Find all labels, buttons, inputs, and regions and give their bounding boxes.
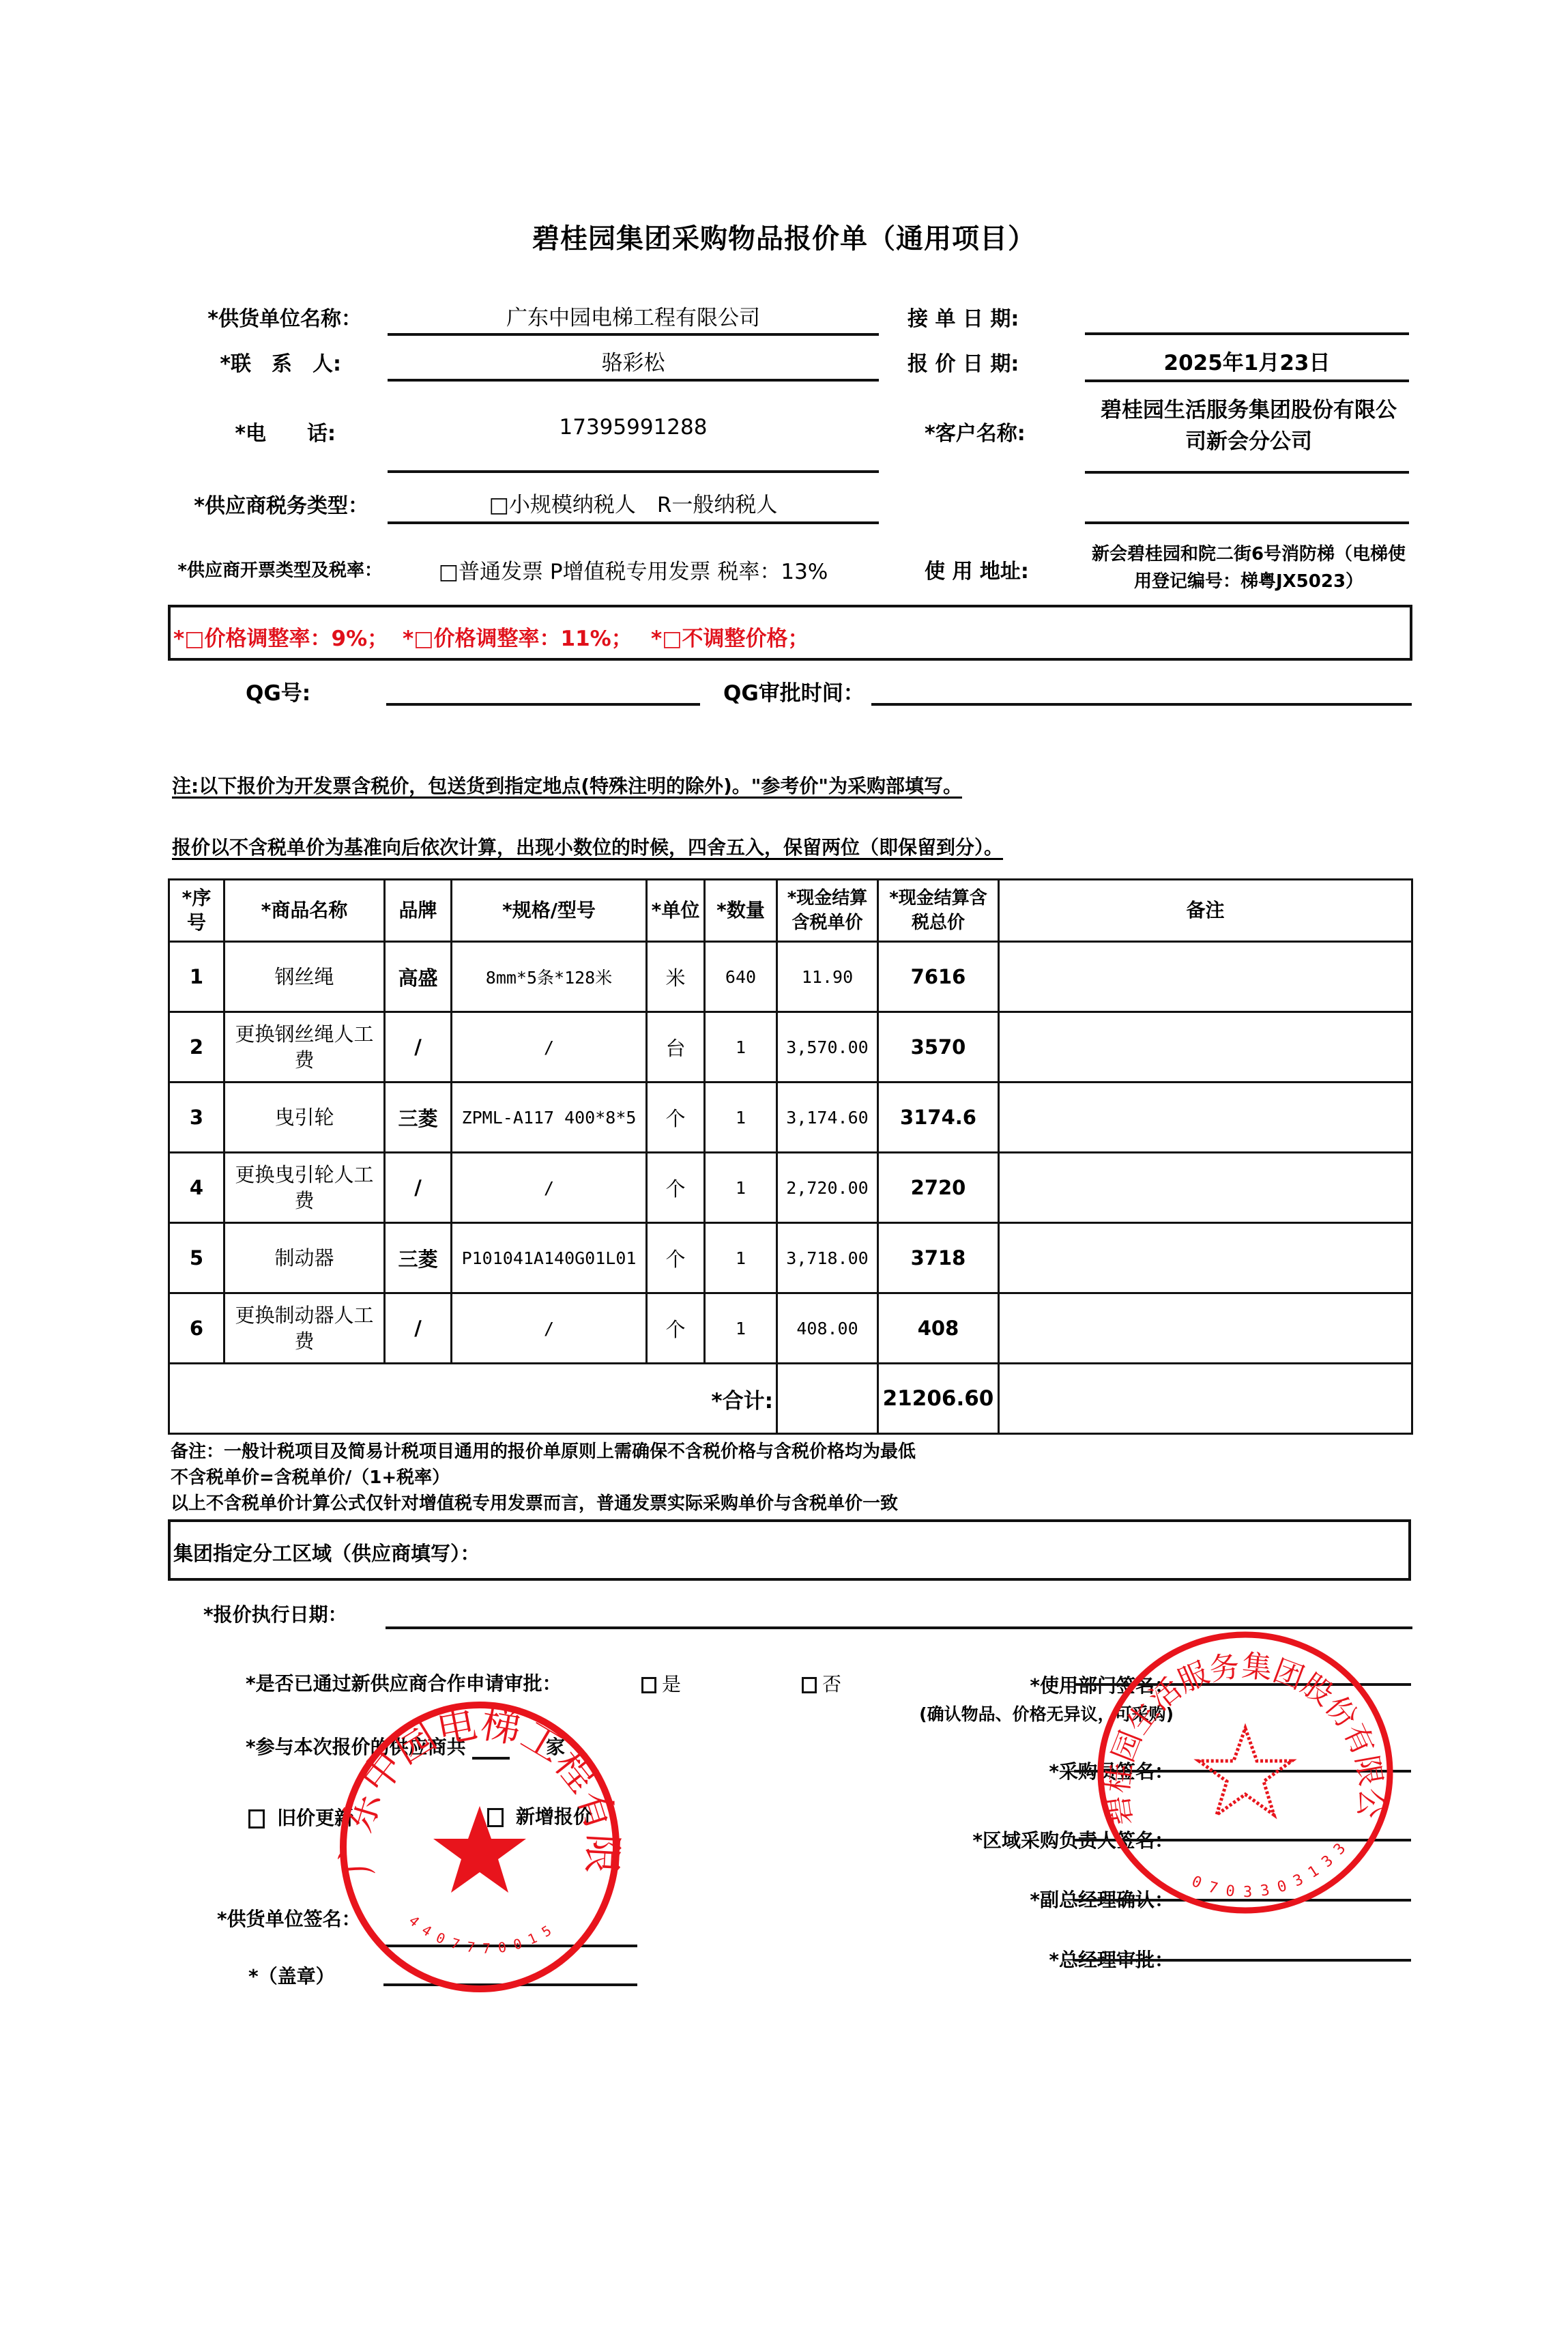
unit-price-cell: 408.00 — [777, 1293, 878, 1364]
supplier-underline — [388, 333, 879, 336]
remark-line-2: 不含税单价=含税单价/（1+税率） — [171, 1465, 916, 1491]
row-no-cell: 3 — [169, 1083, 224, 1153]
remark-cell[interactable] — [999, 1083, 1412, 1153]
total-value: 21206.60 — [878, 1364, 999, 1434]
svg-text:0 7 0 3 3 0 3 1 3 3: 0 7 0 3 3 0 3 1 3 3 — [1189, 1840, 1350, 1901]
gm-approval-line[interactable] — [1074, 1959, 1411, 1962]
unit-cell: 个 — [647, 1223, 705, 1293]
table-total-row: *合计: 21206.60 — [169, 1364, 1412, 1434]
product-name-cell: 更换制动器人工费 — [224, 1293, 385, 1364]
quote-date-label: 报 价 日 期: — [908, 347, 1037, 377]
total-remark-blank — [999, 1364, 1412, 1434]
new-price-checkbox[interactable] — [487, 1808, 504, 1827]
exec-date-label: *报价执行日期： — [203, 1600, 347, 1627]
quantity-cell: 640 — [705, 942, 777, 1012]
approval-yes-option[interactable]: 是 — [641, 1669, 681, 1697]
unit-cell: 个 — [647, 1153, 705, 1223]
qg-time-label: QG审批时间： — [723, 676, 865, 706]
col-header-remark: 备注 — [999, 880, 1412, 942]
brand-cell: 高盛 — [385, 942, 452, 1012]
no-label: 否 — [822, 1673, 841, 1695]
svg-text:碧桂园生活服务集团股份有限公司新会分公司: 碧桂园生活服务集团股份有限公司新会分公司 — [1085, 1626, 1389, 1828]
contact-underline — [388, 379, 879, 382]
blank-underline — [1085, 521, 1409, 524]
product-name-cell: 更换钢丝绳人工费 — [224, 1012, 385, 1083]
receive-date-underline — [1085, 332, 1409, 335]
total-price-cell: 3718 — [878, 1223, 999, 1293]
remarks-block: 备注：一般计税项目及简易计税项目通用的报价单原则上需确保不含税价格与含税价格均为… — [171, 1439, 916, 1517]
buyer-sign-line[interactable] — [1074, 1770, 1411, 1773]
quantity-cell: 1 — [705, 1223, 777, 1293]
col-header-no: *序号 — [169, 880, 224, 942]
product-name-cell: 钢丝绳 — [224, 942, 385, 1012]
contact-label: *联 系 人: — [157, 347, 341, 377]
col-header-qty: *数量 — [705, 880, 777, 942]
address-label: 使 用 地址: — [925, 554, 1041, 584]
row-no-cell: 6 — [169, 1293, 224, 1364]
phone-label: *电 话: — [157, 416, 336, 446]
phone-underline — [388, 470, 879, 473]
invoice-label: *供应商开票类型及税率： — [157, 556, 382, 582]
invoice-value[interactable]: □普通发票 P增值税专用发票 税率：13% — [388, 554, 879, 585]
spec-cell: 8mm*5条*128米 — [452, 942, 647, 1012]
product-name-cell: 更换曳引轮人工费 — [224, 1153, 385, 1223]
spec-cell: P101041A140G01L01 — [452, 1223, 647, 1293]
row-no-cell: 5 — [169, 1223, 224, 1293]
table-row: 3曳引轮三菱ZPML-A117 400*8*5个13,174.603174.6 — [169, 1083, 1412, 1153]
area-input[interactable] — [519, 1529, 1399, 1571]
old-price-label: 旧价更新 — [277, 1807, 353, 1829]
table-row: 1钢丝绳高盛8mm*5条*128米米64011.907616 — [169, 942, 1412, 1012]
remark-cell[interactable] — [999, 1012, 1412, 1083]
quantity-cell: 1 — [705, 1293, 777, 1364]
customer-underline — [1085, 471, 1409, 474]
remark-cell[interactable] — [999, 1153, 1412, 1223]
remark-cell[interactable] — [999, 1293, 1412, 1364]
product-name-cell: 曳引轮 — [224, 1083, 385, 1153]
phone-value[interactable]: 17395991288 — [388, 415, 879, 440]
qg-time-underline — [871, 703, 1412, 706]
remark-cell[interactable] — [999, 1223, 1412, 1293]
spec-cell: ZPML-A117 400*8*5 — [452, 1083, 647, 1153]
spec-cell: / — [452, 1012, 647, 1083]
dept-sign-note: (确认物品、价格无异议，可采购) — [908, 1701, 1174, 1725]
address-value[interactable]: 新会碧桂园和院二街6号消防梯（电梯使用登记编号：梯粤JX5023） — [1085, 541, 1412, 595]
col-header-total: *现金结算含税总价 — [878, 880, 999, 942]
no-price-adjust-option[interactable]: *□不调整价格； — [651, 621, 809, 652]
total-price-cell: 408 — [878, 1293, 999, 1364]
quantity-cell: 1 — [705, 1083, 777, 1153]
unit-price-cell: 3,718.00 — [777, 1223, 878, 1293]
region-sign-line[interactable] — [1074, 1839, 1411, 1841]
brand-cell: 三菱 — [385, 1083, 452, 1153]
total-price-cell: 3174.6 — [878, 1083, 999, 1153]
total-label: *合计: — [169, 1364, 777, 1434]
approval-no-option[interactable]: 否 — [802, 1669, 841, 1697]
brand-cell: / — [385, 1293, 452, 1364]
note-rounding: 报价以不含税单价为基准向后依次计算，出现小数位的时候，四舍五入，保留两位（即保留… — [172, 833, 1003, 860]
new-price-option[interactable]: 新增报价 — [487, 1802, 592, 1829]
supplier-label: *供货单位名称： — [157, 302, 362, 332]
vgm-confirm-line[interactable] — [1074, 1899, 1411, 1902]
participants-count-input[interactable] — [472, 1757, 510, 1760]
table-row: 5制动器三菱P101041A140G01L01个13,718.003718 — [169, 1223, 1412, 1293]
brand-cell: / — [385, 1153, 452, 1223]
price-adjust-option-9[interactable]: *□价格调整率：9%； — [173, 621, 388, 652]
col-header-name: *商品名称 — [224, 880, 385, 942]
svg-text:广东中园电梯工程有限公司: 广东中园电梯工程有限公司 — [333, 1697, 626, 1877]
qg-no-label: QG号: — [246, 676, 310, 706]
table-header-row: *序号 *商品名称 品牌 *规格/型号 *单位 *数量 *现金结算含税单价 *现… — [169, 880, 1412, 942]
unit-cell: 个 — [647, 1293, 705, 1364]
supplier-sign-label: *供货单位签名： — [217, 1904, 361, 1932]
dept-sign-line[interactable] — [1074, 1683, 1411, 1686]
row-no-cell: 2 — [169, 1012, 224, 1083]
unit-cell: 个 — [647, 1083, 705, 1153]
seal-label: *（盖章） — [248, 1962, 335, 1989]
old-price-option[interactable]: 旧价更新 — [248, 1803, 353, 1831]
supplier-value[interactable]: 广东中园电梯工程有限公司 — [388, 300, 879, 331]
spec-cell: / — [452, 1293, 647, 1364]
seal-line[interactable] — [383, 1983, 637, 1986]
table-row: 6更换制动器人工费//个1408.00408 — [169, 1293, 1412, 1364]
quote-date-underline — [1085, 379, 1409, 382]
new-supplier-approval-label: *是否已通过新供应商合作申请审批： — [246, 1669, 562, 1696]
tax-type-value[interactable]: □小规模纳税人 R一般纳税人 — [388, 487, 879, 518]
total-price-cell: 7616 — [878, 942, 999, 1012]
total-unit-price-blank — [777, 1364, 878, 1434]
total-price-cell: 2720 — [878, 1153, 999, 1223]
exec-date-underline[interactable] — [386, 1626, 1412, 1629]
yes-label: 是 — [662, 1673, 681, 1695]
unit-price-cell: 2,720.00 — [777, 1153, 878, 1223]
col-header-unit: *单位 — [647, 880, 705, 942]
unit-price-cell: 11.90 — [777, 942, 878, 1012]
col-header-unit-price: *现金结算含税单价 — [777, 880, 878, 942]
participants-suffix: 家 — [546, 1732, 565, 1760]
customer-value[interactable]: 碧桂园生活服务集团股份有限公司新会分公司 — [1092, 395, 1406, 457]
total-price-cell: 3570 — [878, 1012, 999, 1083]
new-price-label: 新增报价 — [516, 1805, 592, 1828]
yes-checkbox[interactable] — [641, 1677, 656, 1693]
qg-no-underline — [386, 703, 700, 706]
quantity-cell: 1 — [705, 1012, 777, 1083]
document-title: 碧桂园集团采购物品报价单（通用项目） — [0, 217, 1568, 256]
quote-date-value[interactable]: 2025年1月23日 — [1085, 345, 1409, 376]
col-header-brand: 品牌 — [385, 880, 452, 942]
customer-label: *客户名称: — [925, 416, 1041, 446]
tax-type-label: *供应商税务类型： — [157, 489, 368, 519]
quote-table: *序号 *商品名称 品牌 *规格/型号 *单位 *数量 *现金结算含税单价 *现… — [168, 878, 1413, 1435]
contact-value[interactable]: 骆彩松 — [388, 345, 879, 376]
row-no-cell: 4 — [169, 1153, 224, 1223]
remark-line-3: 以上不含税单价计算公式仅针对增值税专用发票而言，普通发票实际采购单价与含税单价一… — [171, 1491, 916, 1517]
spec-cell: / — [452, 1153, 647, 1223]
no-checkbox[interactable] — [802, 1677, 817, 1693]
note-tax-inclusive: 注:以下报价为开发票含税价，包送货到指定地点(特殊注明的除外)。"参考价"为采购… — [172, 771, 962, 799]
supplier-sign-line[interactable] — [383, 1945, 637, 1947]
tax-type-underline — [388, 521, 879, 524]
remark-line-1: 备注：一般计税项目及简易计税项目通用的报价单原则上需确保不含税价格与含税价格均为… — [171, 1439, 916, 1465]
unit-price-cell: 3,174.60 — [777, 1083, 878, 1153]
product-name-cell: 制动器 — [224, 1223, 385, 1293]
old-price-checkbox[interactable] — [248, 1809, 265, 1829]
quantity-cell: 1 — [705, 1153, 777, 1223]
table-row: 2更换钢丝绳人工费//台13,570.003570 — [169, 1012, 1412, 1083]
col-header-spec: *规格/型号 — [452, 880, 647, 942]
remark-cell[interactable] — [999, 942, 1412, 1012]
row-no-cell: 1 — [169, 942, 224, 1012]
area-label: 集团指定分工区域（供应商填写）： — [173, 1538, 480, 1566]
price-adjust-option-11[interactable]: *□价格调整率：11%； — [403, 621, 633, 652]
unit-cell: 台 — [647, 1012, 705, 1083]
participants-label: *参与本次报价的供应商共 — [246, 1732, 466, 1760]
receive-date-label: 接 单 日 期: — [908, 302, 1037, 332]
unit-cell: 米 — [647, 942, 705, 1012]
table-row: 4更换曳引轮人工费//个12,720.002720 — [169, 1153, 1412, 1223]
brand-cell: 三菱 — [385, 1223, 452, 1293]
brand-cell: / — [385, 1012, 452, 1083]
unit-price-cell: 3,570.00 — [777, 1012, 878, 1083]
